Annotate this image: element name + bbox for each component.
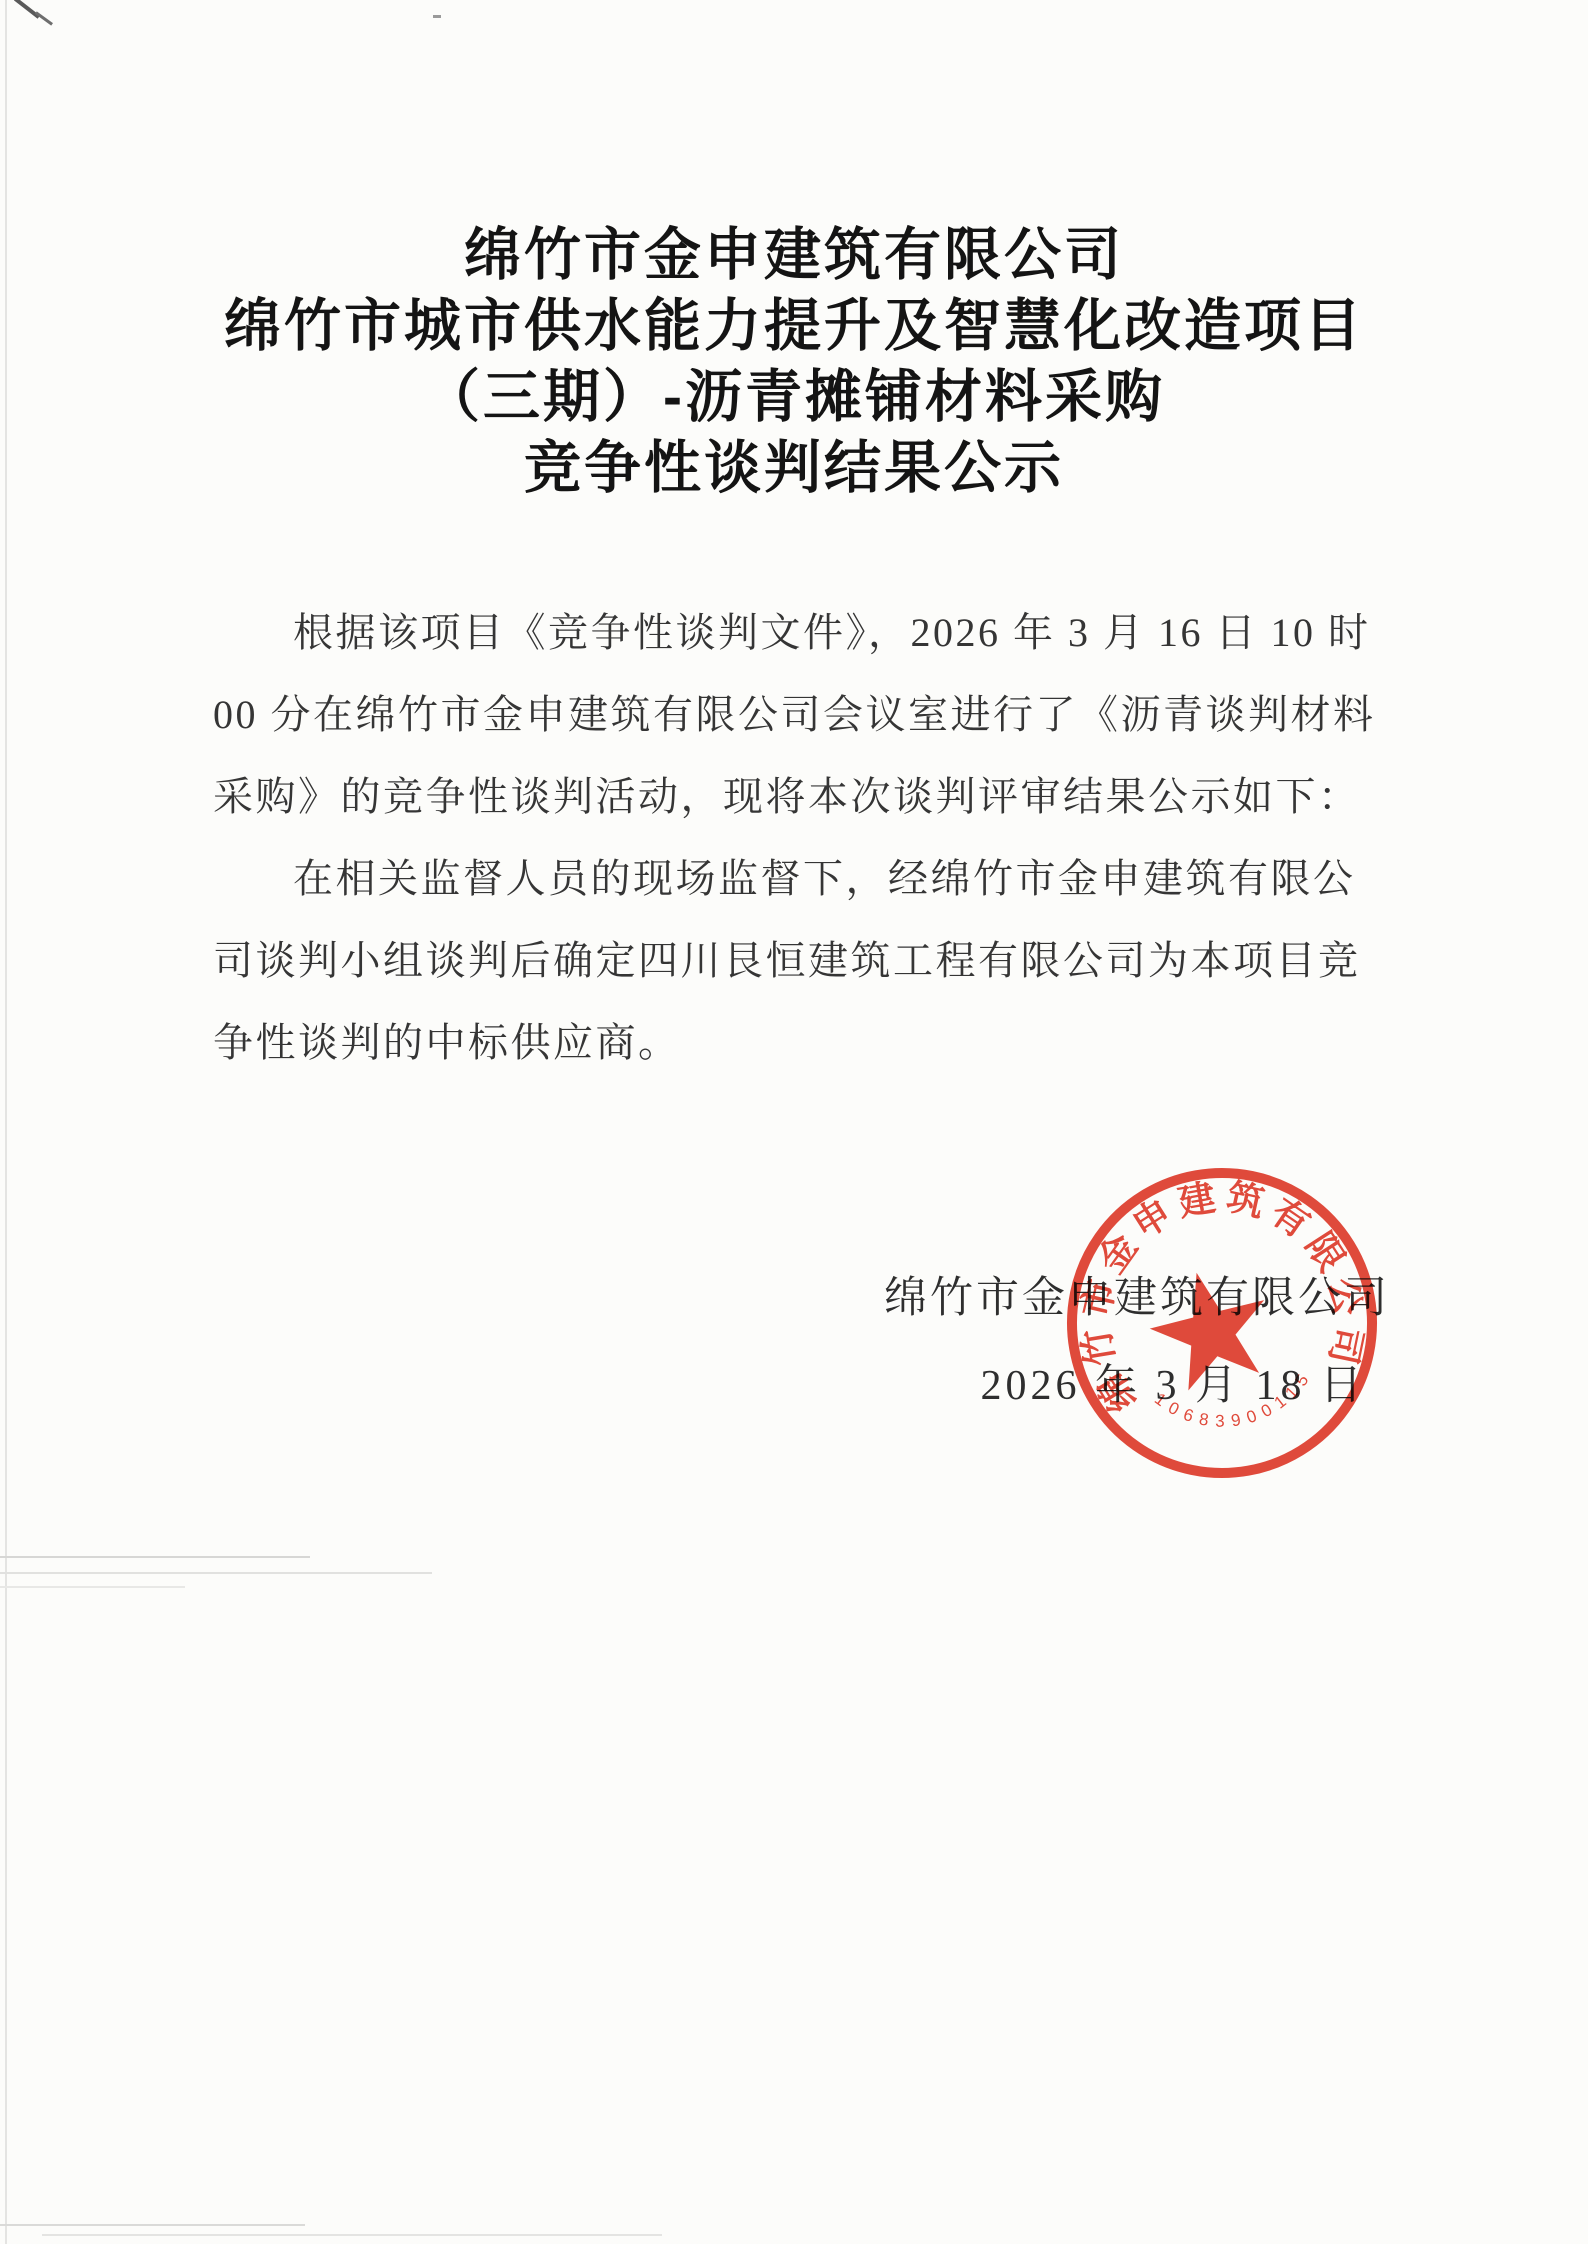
scan-artifact-streak — [0, 1556, 310, 1558]
seal-star-icon — [1139, 1259, 1281, 1396]
body-line: 在相关监督人员的现场监督下，经绵竹市金申建筑有限公 — [213, 838, 1399, 920]
body-line: 根据该项目《竞争性谈判文件》，2026 年 3 月 16 日 10 时 — [213, 592, 1399, 674]
body-line: 争性谈判的中标供应商。 — [213, 1002, 1399, 1084]
scan-artifact-corner-mark — [14, 0, 40, 19]
company-seal: 绵竹市金申建筑有限公司 5106839001150 — [1050, 1151, 1394, 1495]
scan-artifact-streak — [42, 2234, 662, 2236]
document-body: 根据该项目《竞争性谈判文件》，2026 年 3 月 16 日 10 时 00 分… — [213, 592, 1399, 1084]
body-line: 00 分在绵竹市金申建筑有限公司会议室进行了《沥青谈判材料 — [213, 674, 1399, 756]
title-line: 竞争性谈判结果公示 — [0, 433, 1588, 504]
title-line: （三期）-沥青摊铺材料采购 — [0, 362, 1588, 433]
title-line: 绵竹市城市供水能力提升及智慧化改造项目 — [0, 291, 1588, 362]
scan-artifact-corner-mark — [35, 11, 53, 25]
body-line: 采购》的竞争性谈判活动，现将本次谈判评审结果公示如下： — [213, 756, 1399, 838]
scan-artifact-streak — [0, 1572, 432, 1574]
document-title: 绵竹市金申建筑有限公司 绵竹市城市供水能力提升及智慧化改造项目 （三期）-沥青摊… — [0, 220, 1588, 504]
body-line: 司谈判小组谈判后确定四川艮恒建筑工程有限公司为本项目竞 — [213, 920, 1399, 1002]
scanned-document-page: 绵竹市金申建筑有限公司 绵竹市城市供水能力提升及智慧化改造项目 （三期）-沥青摊… — [0, 0, 1588, 2244]
title-line: 绵竹市金申建筑有限公司 — [0, 220, 1588, 291]
scan-artifact-streak — [0, 2224, 305, 2226]
scan-artifact-streak — [0, 1586, 185, 1588]
scan-artifact-speck — [433, 15, 441, 18]
seal-arc-text: 绵竹市金申建筑有限公司 — [1053, 1154, 1379, 1422]
